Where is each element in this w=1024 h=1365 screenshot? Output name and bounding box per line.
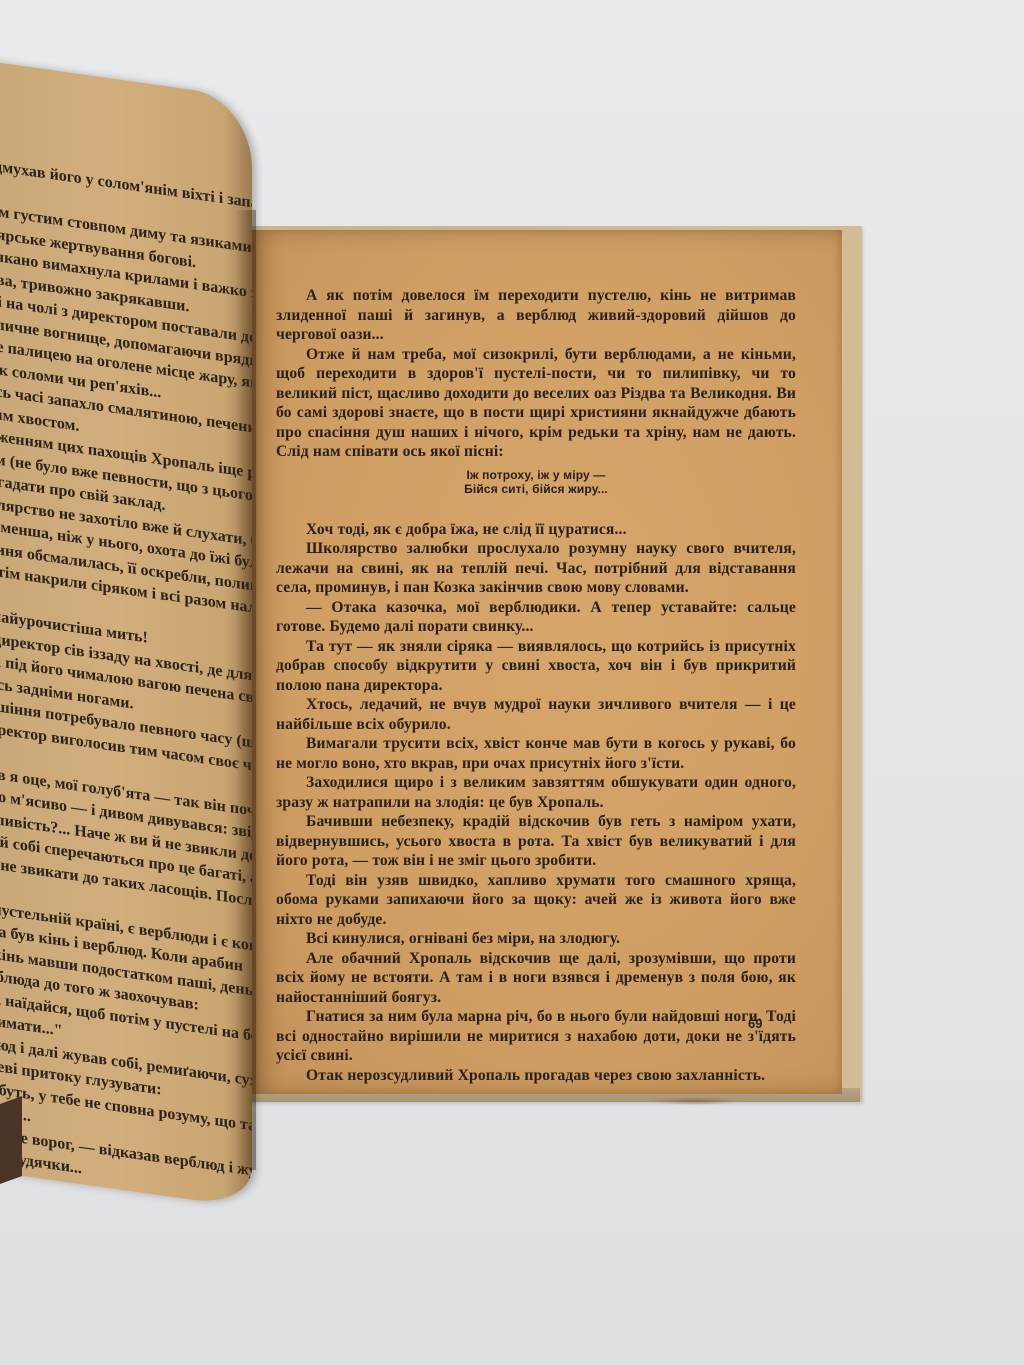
paragraph: Отак нерозсудливий Хропаль прогадав чере…	[276, 1066, 796, 1086]
left-page-text: оздмухав його у солом'янім віхті і запал…	[0, 154, 252, 1208]
paragraph: Всі кинулися, огнівані без міри, на злод…	[276, 929, 796, 949]
paragraph: Але обачний Хропаль відскочив ще далі, з…	[276, 949, 796, 1008]
right-page-text: А як потім довелося їм переходити пустел…	[276, 286, 796, 1085]
left-page: оздмухав його у солом'янім віхті і запал…	[0, 60, 252, 1208]
photo-scene: А як потім довелося їм переходити пустел…	[0, 0, 1024, 1365]
paragraph: Хтось, ледачий, не вчув мудрої науки зич…	[276, 695, 796, 734]
paragraph: — Отака казочка, мої верблюдики. А тепер…	[276, 598, 796, 637]
verse-line: Іж потроху, іж у міру —	[276, 468, 796, 482]
paragraph: Та тут — як зняли сіряка — виявлялось, щ…	[276, 637, 796, 696]
paragraph: Хоч тоді, як є добра їжа, не слід її цур…	[276, 520, 796, 540]
right-page: А як потім довелося їм переходити пустел…	[248, 230, 842, 1094]
verse: Іж потроху, іж у міру — Бійся ситі, бійс…	[276, 468, 796, 496]
paragraph: Гнатися за ним була марна річ, бо в ньог…	[276, 1007, 796, 1066]
paragraph: Школярство залюбки прослухало розумну на…	[276, 539, 796, 598]
paragraph: Заходилися щиро і з великим завзяттям об…	[276, 773, 796, 812]
spine-shadow	[236, 210, 256, 1170]
verse-line: Бійся ситі, бійся жиру...	[276, 482, 796, 496]
page-number: 69	[748, 1016, 762, 1031]
paragraph: Бачивши небезпеку, крадій відскочив був …	[276, 812, 796, 871]
paragraph: А як потім довелося їм переходити пустел…	[276, 286, 796, 345]
paragraph: Вимагали трусити всіх, хвіст конче мав б…	[276, 734, 796, 773]
paragraph: Тоді він узяв швидко, хапливо хрумати то…	[276, 871, 796, 930]
water-stain	[650, 1097, 740, 1105]
left-cover-edge	[0, 1096, 22, 1184]
paragraph: Отже й нам треба, мої сизокрилі, бути ве…	[276, 345, 796, 462]
